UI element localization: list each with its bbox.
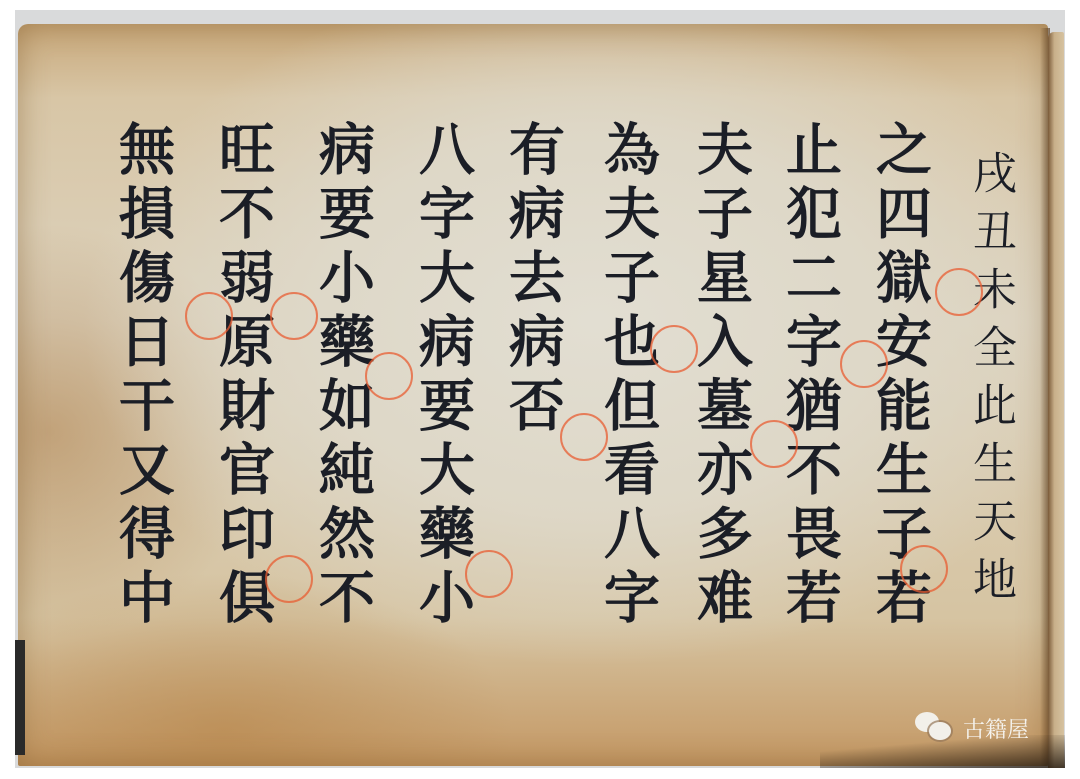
- text-column-7: 八字大病要大藥小: [415, 120, 471, 632]
- next-page-edge: [1048, 32, 1064, 768]
- watermark: 古籍屋: [915, 712, 1029, 744]
- text-column-3: 止犯二字猶不畏若: [782, 120, 838, 632]
- text-column-6: 有病去病否: [505, 120, 561, 440]
- red-annotation-circle: [365, 352, 413, 400]
- red-annotation-circle: [900, 545, 948, 593]
- red-annotation-circle: [750, 420, 798, 468]
- text-column-9: 旺不弱原財官印俱: [215, 120, 271, 632]
- red-annotation-circle: [560, 413, 608, 461]
- text-column-8: 病要小藥如純然不: [315, 120, 371, 632]
- red-annotation-circle: [840, 340, 888, 388]
- red-annotation-circle: [265, 555, 313, 603]
- text-column-4: 夫子星入墓亦多难: [693, 120, 749, 632]
- red-annotation-circle: [270, 292, 318, 340]
- red-annotation-circle: [185, 292, 233, 340]
- red-annotation-circle: [935, 268, 983, 316]
- text-column-1: 戌丑未全此生天地: [968, 150, 1012, 614]
- red-annotation-circle: [465, 550, 513, 598]
- wechat-icon: [915, 712, 955, 744]
- watermark-text: 古籍屋: [963, 713, 1029, 744]
- text-column-10: 無損傷日干又得中: [115, 120, 171, 632]
- red-annotation-circle: [650, 325, 698, 373]
- text-column-5: 為夫子也但看八字: [600, 120, 656, 632]
- page-edge-shadow: [15, 640, 25, 755]
